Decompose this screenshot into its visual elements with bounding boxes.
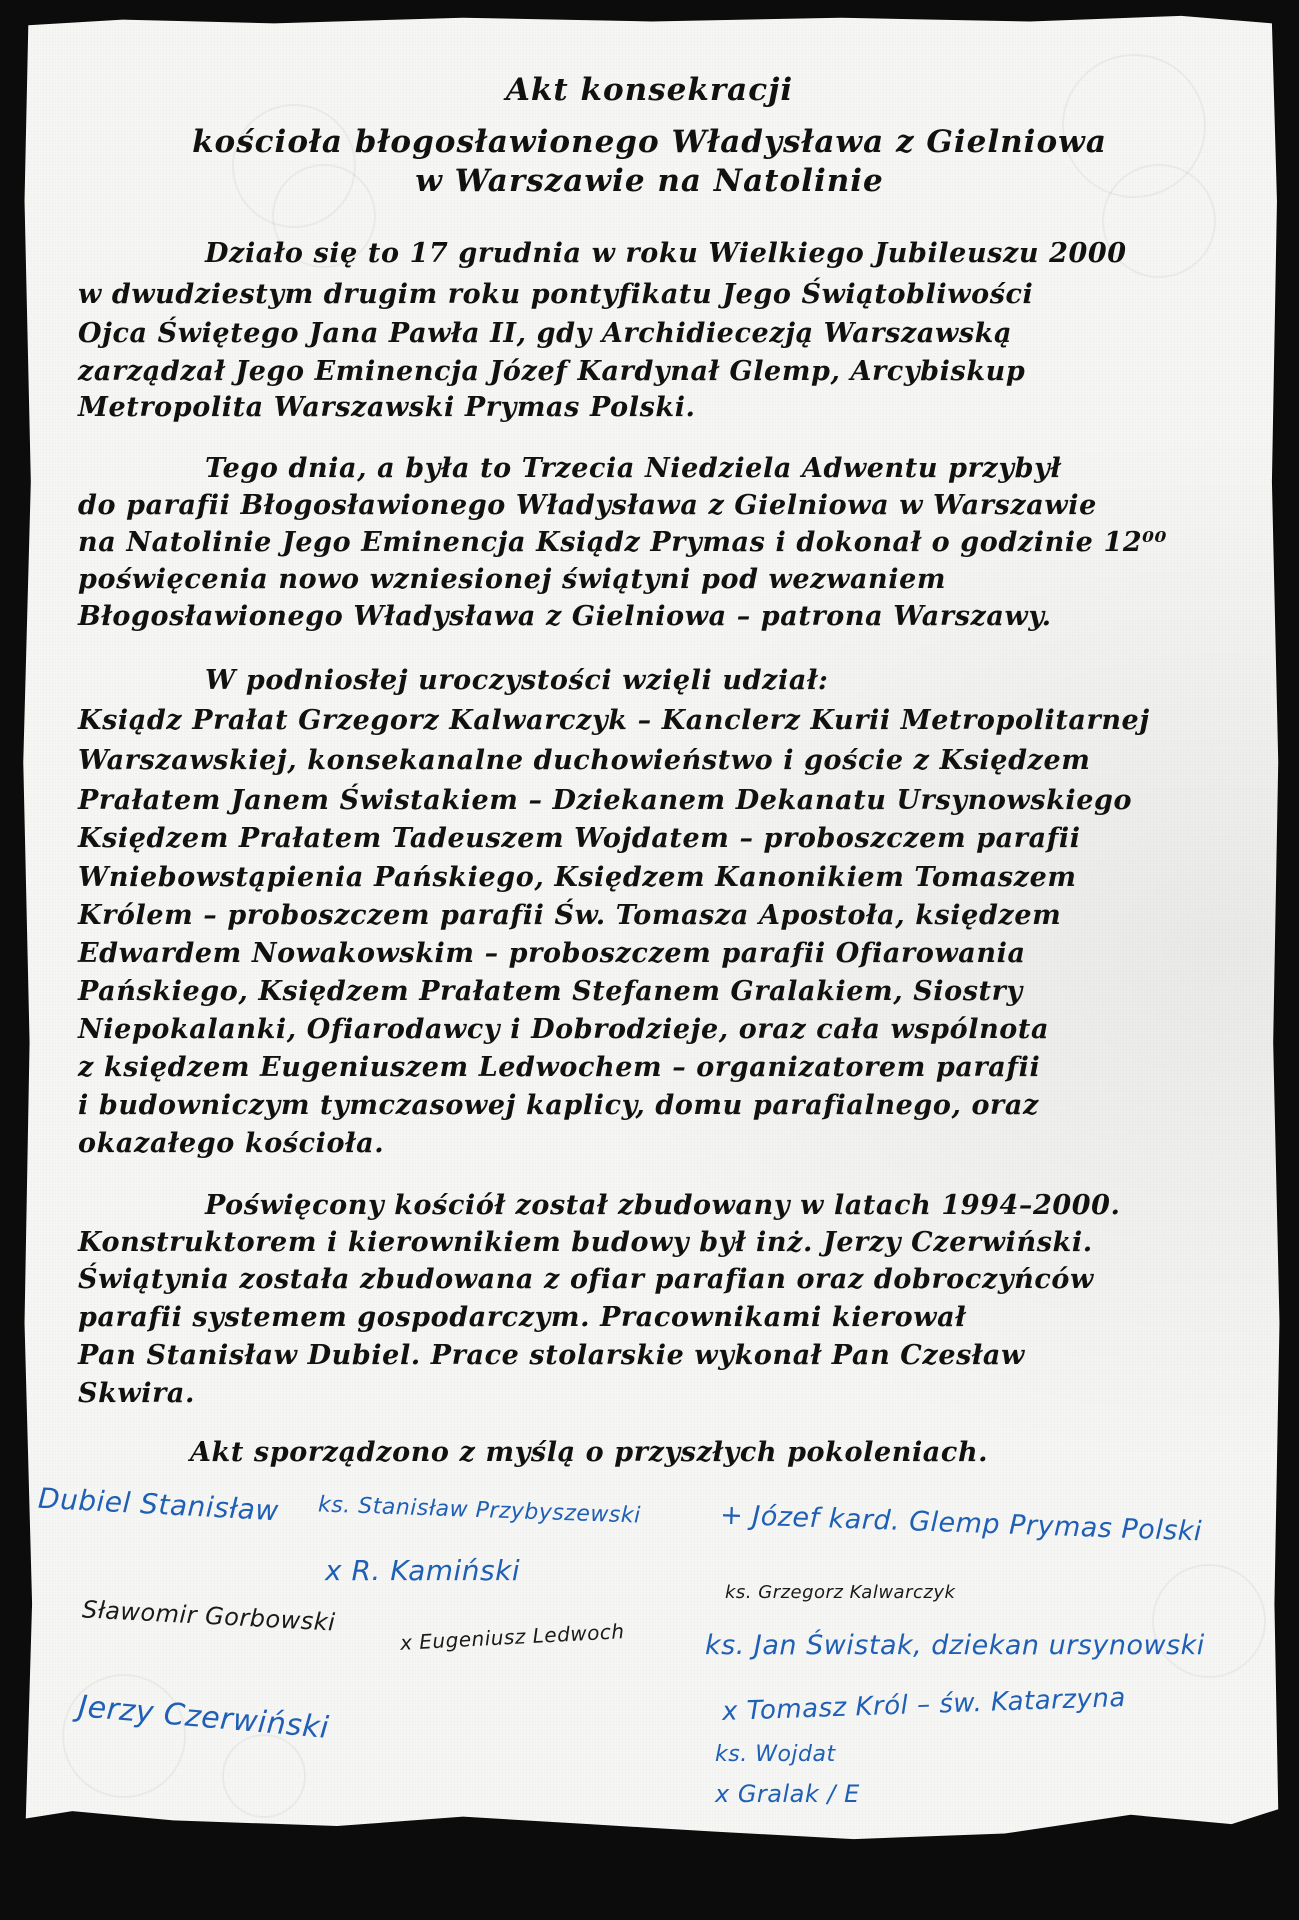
signature: ks. Grzegorz Kalwarczyk	[725, 1582, 955, 1603]
text-line: Księdzem Prałatem Tadeuszem Wojdatem – p…	[78, 823, 1081, 854]
text-line: Konstruktorem i kierownikiem budowy był …	[78, 1227, 1093, 1258]
text-line: okazałego kościoła.	[78, 1128, 384, 1159]
text-line: Wniebowstąpienia Pańskiego, Księdzem Kan…	[78, 862, 1077, 893]
signature: + Józef kard. Glemp Prymas Polski	[720, 1500, 1203, 1548]
signature: x Tomasz Król – św. Katarzyna	[722, 1683, 1127, 1727]
document-title-line-1: Akt konsekracji	[0, 72, 1299, 108]
text-line: na Natolinie Jego Eminencja Ksiądz Pryma…	[78, 527, 1167, 558]
signature: Sławomir Gorbowski	[81, 1595, 336, 1636]
signature: ks. Stanisław Przybyszewski	[318, 1492, 641, 1528]
text-line: Świątynia została zbudowana z ofiar para…	[78, 1264, 1094, 1295]
document-title-line-3: w Warszawie na Natolinie	[0, 163, 1299, 199]
signature: x R. Kamiński	[325, 1554, 520, 1587]
consecration-act-document: Akt konsekracji kościoła błogosławionego…	[0, 0, 1299, 1920]
text-line: Ojca Świętego Jana Pawła II, gdy Archidi…	[78, 318, 1012, 349]
text-line: Ksiądz Prałat Grzegorz Kalwarczyk – Kanc…	[78, 705, 1150, 736]
signature: x Gralak / E	[715, 1780, 860, 1808]
text-line: z księdzem Eugeniuszem Ledwochem – organ…	[78, 1052, 1040, 1083]
text-line: i budowniczym tymczasowej kaplicy, domu …	[78, 1090, 1039, 1121]
signature: ks. Wojdat	[715, 1742, 836, 1767]
text-line: Edwardem Nowakowskim – proboszczem paraf…	[78, 938, 1026, 969]
text-line: Prałatem Janem Świstakiem – Dziekanem De…	[78, 785, 1132, 816]
text-line: poświęcenia nowo wzniesionej świątyni po…	[78, 564, 946, 595]
closing-statement: Akt sporządzono z myślą o przyszłych pok…	[190, 1437, 988, 1468]
text-line: Pan Stanisław Dubiel. Prace stolarskie w…	[78, 1340, 1025, 1371]
text-line: Poświęcony kościół został zbudowany w la…	[205, 1190, 1121, 1221]
text-line: w dwudziestym drugim roku pontyfikatu Je…	[78, 279, 1033, 310]
text-line: Błogosławionego Władysława z Gielniowa –…	[78, 601, 1052, 632]
signature: Dubiel Stanisław	[37, 1482, 279, 1528]
text-line: Tego dnia, a była to Trzecia Niedziela A…	[205, 453, 1061, 484]
text-line: parafii systemem gospodarczym. Pracownik…	[78, 1302, 966, 1333]
signature: ks. Jan Świstak, dziekan ursynowski	[705, 1630, 1205, 1661]
signature: x Eugeniusz Ledwoch	[400, 1619, 626, 1655]
text-line: Skwira.	[78, 1378, 195, 1409]
text-line: Metropolita Warszawski Prymas Polski.	[78, 392, 696, 423]
text-line: Niepokalanki, Ofiarodawcy i Dobrodzieje,…	[78, 1014, 1049, 1045]
text-line: Działo się to 17 grudnia w roku Wielkieg…	[205, 238, 1127, 269]
text-line: Warszawskiej, konsekanalne duchowieństwo…	[78, 745, 1090, 776]
text-line: zarządzał Jego Eminencja Józef Kardynał …	[78, 356, 1025, 387]
text-line: Królem – proboszczem parafii Św. Tomasza…	[78, 900, 1061, 931]
text-line: do parafii Błogosławionego Władysława z …	[78, 490, 1097, 521]
document-title-line-2: kościoła błogosławionego Władysława z Gi…	[0, 124, 1299, 160]
text-line: Pańskiego, Księdzem Prałatem Stefanem Gr…	[78, 976, 1023, 1007]
signature: Jerzy Czerwiński	[77, 1689, 330, 1746]
text-line: W podniosłej uroczystości wzięli udział:	[205, 665, 829, 696]
